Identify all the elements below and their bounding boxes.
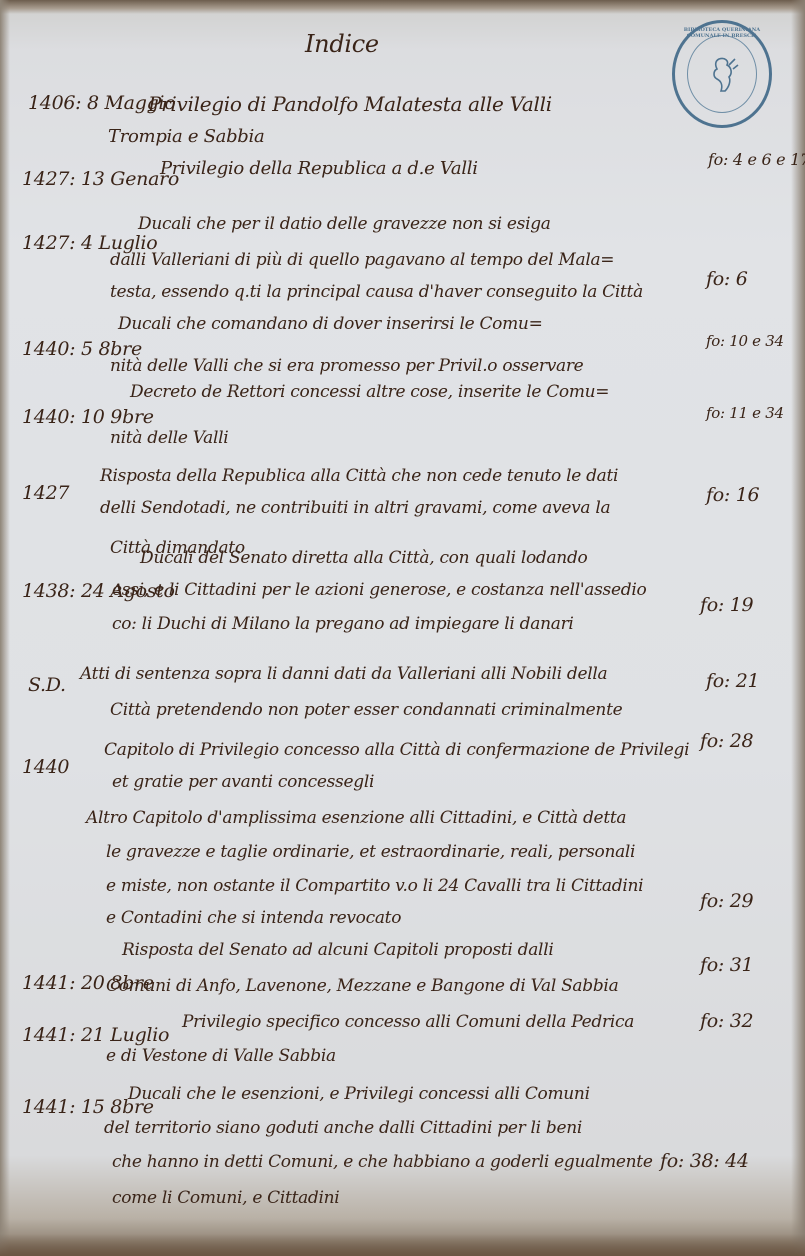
page-bottom-edge <box>0 1234 805 1256</box>
entry-text: del territorio siano goduti anche dalli … <box>104 1118 582 1138</box>
folio-reference: fo: 29 <box>700 890 753 912</box>
folio-reference: fo: 11 e 34 <box>706 404 784 422</box>
entry-text: le gravezze e taglie ordinarie, et estra… <box>106 842 635 862</box>
folio-reference: fo: 38: 44 <box>660 1150 749 1172</box>
entry-text: Trompia e Sabbia <box>108 126 264 147</box>
entry-text: Ducali del Senato diretta alla Città, co… <box>140 548 587 568</box>
entry-text: et gratie per avanti concessegli <box>112 772 374 792</box>
entry-text: Ducali che comandano di dover inserirsi … <box>118 314 543 334</box>
folio-reference: fo: 4 e 6 e 17 <box>708 150 805 169</box>
folio-reference: fo: 32 <box>700 1010 753 1032</box>
page-left-edge <box>0 0 10 1256</box>
entry-text: nità delle Valli <box>110 428 228 448</box>
entry-text: Decreto de Rettori concessi altre cose, … <box>130 382 609 402</box>
entry-text: che hanno in detti Comuni, e che habbian… <box>112 1152 653 1172</box>
entry-date: 1427: 13 Genaro <box>22 168 179 190</box>
folio-reference: fo: 21 <box>706 670 759 692</box>
entry-text: dalli Valleriani di più di quello pagava… <box>110 250 614 270</box>
page-title: Indice <box>305 30 379 58</box>
library-stamp: BIBLIOTECA QUERINIANA COMUNALE IN BRESCI… <box>672 20 772 128</box>
entry-date: 1440 <box>22 756 69 778</box>
entry-text: Altro Capitolo d'amplissima esenzione al… <box>86 808 626 828</box>
entry-text: Risposta del Senato ad alcuni Capitoli p… <box>122 940 553 960</box>
entry-text: Capitolo di Privilegio concesso alla Cit… <box>104 740 689 760</box>
folio-reference: fo: 19 <box>700 594 753 616</box>
entry-text: Privilegio della Republica a d.e Valli <box>160 158 478 179</box>
entry-text: nità delle Valli che si era promesso per… <box>110 356 583 376</box>
stamp-text: BIBLIOTECA QUERINIANA COMUNALE IN BRESCI… <box>675 27 769 39</box>
entry-text: e Contadini che si intenda revocato <box>106 908 401 928</box>
entry-text: Ducali che le esenzioni, e Privilegi con… <box>128 1084 590 1104</box>
entry-text: essi, e li Cittadini per le azioni gener… <box>112 580 646 600</box>
entry-text: Città pretendendo non poter esser condan… <box>110 700 622 720</box>
entry-text: e di Vestone di Valle Sabbia <box>106 1046 336 1066</box>
entry-text: Privilegio di Pandolfo Malatesta alle Va… <box>148 92 552 116</box>
entry-text: testa, essendo q.ti la principal causa d… <box>110 282 643 302</box>
entry-date: S.D. <box>28 674 66 696</box>
entry-text: e miste, non ostante il Compartito v.o l… <box>106 876 643 896</box>
entry-text: delli Sendotadi, ne contribuiti in altri… <box>100 498 610 518</box>
entry-text: Comuni di Anfo, Lavenone, Mezzane e Bang… <box>106 976 618 996</box>
folio-reference: fo: 31 <box>700 954 753 976</box>
entry-date: 1427 <box>22 482 69 504</box>
entry-date: 1441: 21 Luglio <box>22 1024 169 1046</box>
folio-reference: fo: 16 <box>706 484 759 506</box>
entry-text: co: li Duchi di Milano la pregano ad imp… <box>112 614 574 634</box>
entry-date: 1440: 10 9bre <box>22 406 154 428</box>
entry-text: come li Comuni, e Cittadini <box>112 1188 339 1208</box>
folio-reference: fo: 6 <box>706 268 748 290</box>
folio-reference: fo: 28 <box>700 730 753 752</box>
entry-text: Atti di sentenza sopra li danni dati da … <box>80 664 607 684</box>
entry-text: Ducali che per il datio delle gravezze n… <box>138 214 551 234</box>
page-top-edge <box>0 0 805 14</box>
entry-text: Privilegio specifico concesso alli Comun… <box>182 1012 634 1032</box>
lion-rampant-icon <box>705 55 741 95</box>
entry-text: Risposta della Republica alla Città che … <box>100 466 618 486</box>
page-right-edge <box>791 0 805 1256</box>
manuscript-page: Indice BIBLIOTECA QUERINIANA COMUNALE IN… <box>0 0 805 1256</box>
folio-reference: fo: 10 e 34 <box>706 332 784 350</box>
